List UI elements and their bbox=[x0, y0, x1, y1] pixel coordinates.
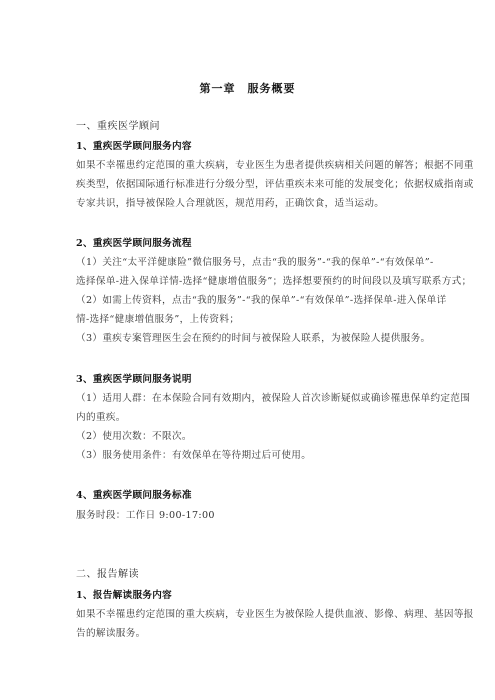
paragraph-line: 专家共识，指导被保险人合理就医，规范用药，正确饮食，适当运动。 bbox=[76, 198, 432, 210]
chapter-title: 第一章 服务概要 bbox=[0, 80, 495, 96]
paragraph-line: 疾类型，依据国际通行标准进行分级分型，评估重疾未来可能的发展变化；依据权威指南或 bbox=[76, 179, 432, 191]
paragraph-line: 情-选择“健康增值服务”，上传资料； bbox=[76, 314, 432, 326]
paragraph-line: 内的重疾。 bbox=[76, 412, 432, 424]
subsection-heading: 1、报告解读服务内容 bbox=[76, 590, 432, 602]
paragraph-line: （2）使用次数：不限次。 bbox=[76, 431, 432, 443]
paragraph-line: （1）适用人群：在本保险合同有效期内，被保险人首次诊断疑似或确诊罹患保单约定范围 bbox=[76, 393, 432, 405]
subsection-heading: 1、重疾医学顾问服务内容 bbox=[76, 141, 432, 153]
subsection-heading: 2、重疾医学顾问服务流程 bbox=[76, 238, 432, 250]
paragraph-line: 告的解读服务。 bbox=[76, 628, 432, 640]
paragraph-line: （2）如需上传资料，点击“我的服务”-“我的保单”-“有效保单”-选择保单-进入… bbox=[76, 295, 432, 307]
paragraph-line: （3）服务使用条件：有效保单在等待期过后可使用。 bbox=[76, 450, 432, 462]
paragraph-line: （1）关注“太平洋健康险”微信服务号，点击“我的服务”-“我的保单”-“有效保单… bbox=[76, 257, 432, 269]
paragraph-line: 选择保单-进入保单详情-选择“健康增值服务”；选择想要预约的时间段以及填写联系方… bbox=[76, 276, 432, 288]
subsection-heading: 4、重疾医学顾问服务标准 bbox=[76, 490, 432, 502]
document-page: 第一章 服务概要 一、重疾医学顾问 1、重疾医学顾问服务内容 如果不幸罹患约定范… bbox=[0, 0, 495, 700]
paragraph-line: 服务时段：工作日 9:00-17:00 bbox=[76, 510, 432, 522]
section-heading: 二、报告解读 bbox=[76, 569, 432, 581]
subsection-heading: 3、重疾医学顾问服务说明 bbox=[76, 374, 432, 386]
paragraph-line: 如果不幸罹患约定范围的重大疾病，专业医生为患者提供疾病相关问题的解答；根据不同重 bbox=[76, 160, 432, 172]
section-heading: 一、重疾医学顾问 bbox=[76, 121, 432, 133]
paragraph-line: （3）重疾专案管理医生会在预约的时间与被保险人联系，为被保险人提供服务。 bbox=[76, 333, 432, 345]
paragraph-line: 如果不幸罹患约定范围的重大疾病，专业医生为被保险人提供血液、影像、病理、基因等报 bbox=[76, 609, 432, 621]
